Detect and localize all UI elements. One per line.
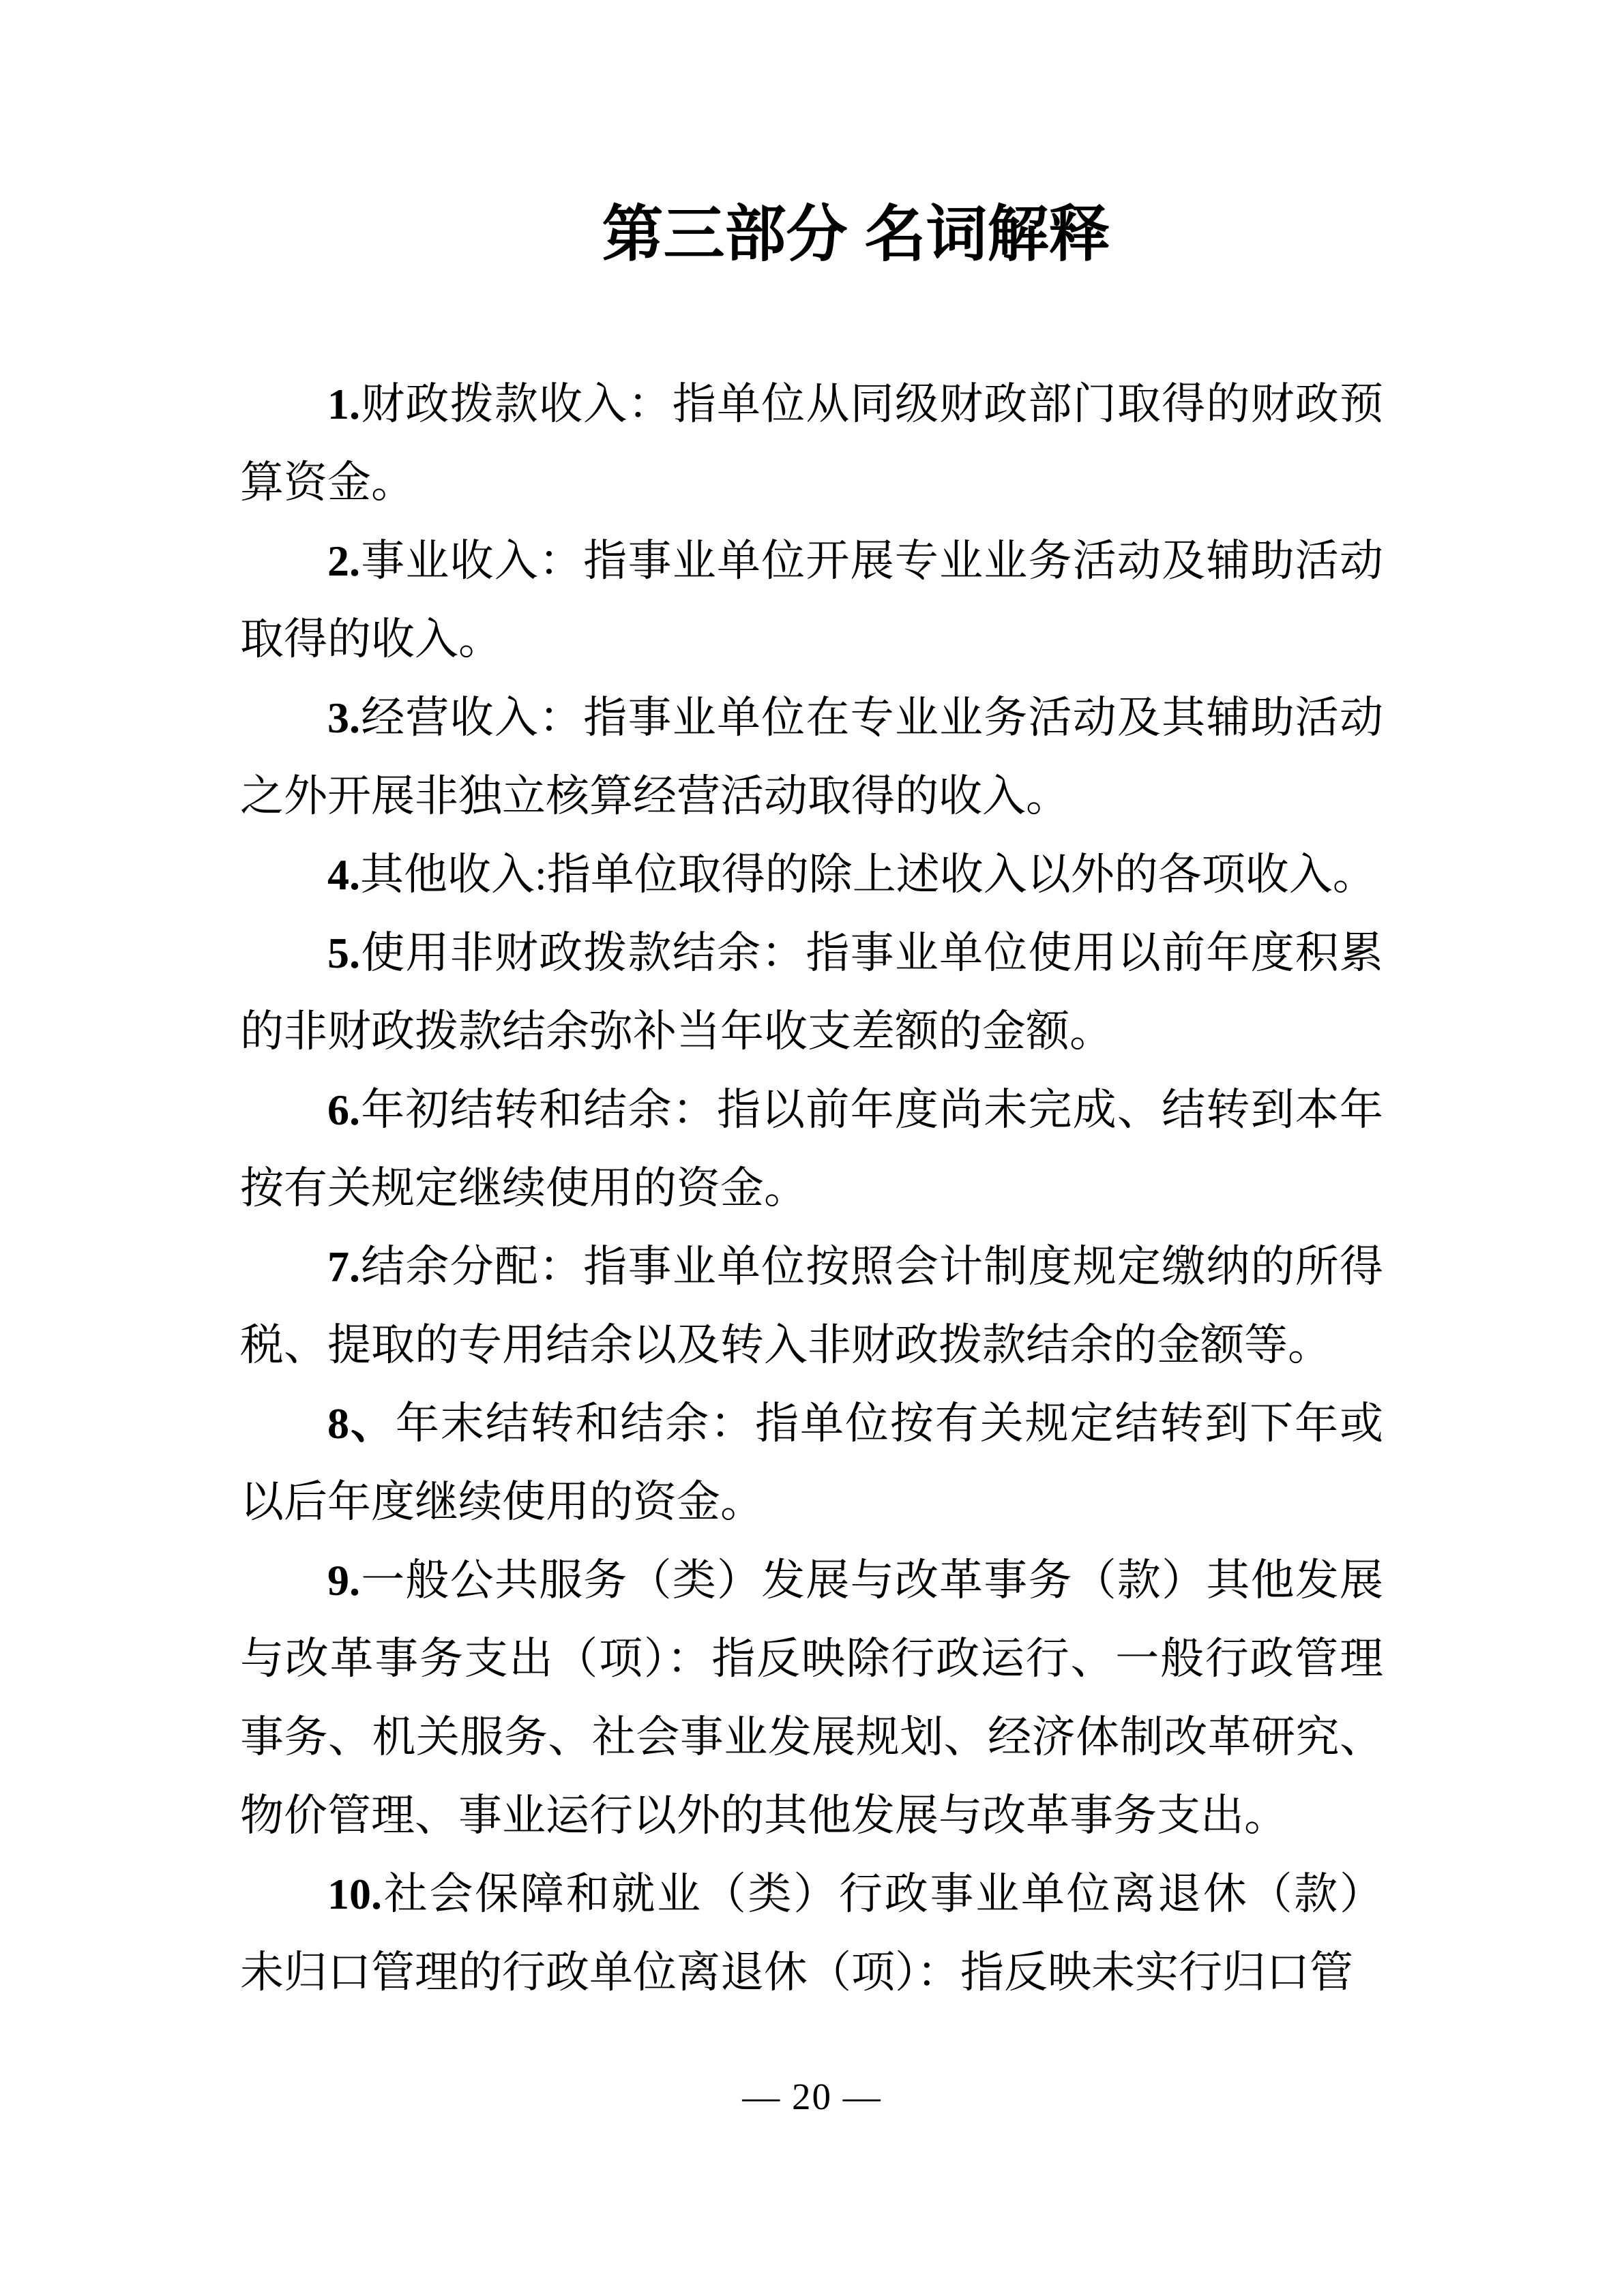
item-number: 6. xyxy=(327,1086,360,1134)
item-text: 年初结转和结余：指以前年度尚未完成、结转到本年按有关规定继续使用的资金。 xyxy=(240,1086,1383,1212)
item-number: 3. xyxy=(327,694,360,742)
glossary-content: 1.财政拨款收入：指单位从同级财政部门取得的财政预算资金。 2.事业收入：指事业… xyxy=(240,365,1383,2012)
glossary-item-3: 3.经营收入：指事业单位在专业业务活动及其辅助活动之外开展非独立核算经营活动取得… xyxy=(240,679,1383,835)
item-number: 9. xyxy=(327,1556,360,1605)
glossary-item-9: 9.一般公共服务（类）发展与改革事务（款）其他发展与改革事务支出（项）：指反映除… xyxy=(240,1541,1383,1855)
glossary-item-8: 8、年末结转和结余：指单位按有关规定结转到下年或以后年度继续使用的资金。 xyxy=(240,1384,1383,1541)
glossary-item-5: 5.使用非财政拨款结余：指事业单位使用以前年度积累的非财政拨款结余弥补当年收支差… xyxy=(240,914,1383,1071)
glossary-item-6: 6.年初结转和结余：指以前年度尚未完成、结转到本年按有关规定继续使用的资金。 xyxy=(240,1071,1383,1227)
item-number: 5. xyxy=(327,929,360,977)
item-number: 8、 xyxy=(327,1399,396,1448)
item-text: 财政拨款收入：指单位从同级财政部门取得的财政预算资金。 xyxy=(240,380,1383,507)
glossary-item-2: 2.事业收入：指事业单位开展专业业务活动及辅助活动取得的收入。 xyxy=(240,522,1383,679)
item-text: 其他收入:指单位取得的除上述收入以外的各项收入。 xyxy=(360,850,1376,899)
item-number: 7. xyxy=(327,1242,360,1291)
item-text: 一般公共服务（类）发展与改革事务（款）其他发展与改革事务支出（项）：指反映除行政… xyxy=(240,1556,1383,1840)
document-page: 第三部分 名词解释 1.财政拨款收入：指单位从同级财政部门取得的财政预算资金。 … xyxy=(0,0,1624,2296)
glossary-item-10: 10.社会保障和就业（类）行政事业单位离退休（款）未归口管理的行政单位离退休（项… xyxy=(240,1855,1383,2012)
glossary-item-4: 4.其他收入:指单位取得的除上述收入以外的各项收入。 xyxy=(240,835,1383,914)
item-text: 事业收入：指事业单位开展专业业务活动及辅助活动取得的收入。 xyxy=(240,537,1383,664)
item-number: 4. xyxy=(327,850,360,899)
item-text: 经营收入：指事业单位在专业业务活动及其辅助活动之外开展非独立核算经营活动取得的收… xyxy=(240,694,1383,820)
glossary-item-1: 1.财政拨款收入：指单位从同级财政部门取得的财政预算资金。 xyxy=(240,365,1383,522)
item-text: 年末结转和结余：指单位按有关规定结转到下年或以后年度继续使用的资金。 xyxy=(240,1399,1383,1526)
item-number: 2. xyxy=(327,537,360,585)
item-text: 使用非财政拨款结余：指事业单位使用以前年度积累的非财政拨款结余弥补当年收支差额的… xyxy=(240,929,1383,1056)
glossary-item-7: 7.结余分配：指事业单位按照会计制度规定缴纳的所得税、提取的专用结余以及转入非财… xyxy=(240,1227,1383,1384)
page-number: — 20 — xyxy=(0,2073,1624,2121)
page-title: 第三部分 名词解释 xyxy=(240,199,1383,270)
item-number: 1. xyxy=(327,380,360,428)
item-text: 社会保障和就业（类）行政事业单位离退休（款）未归口管理的行政单位离退休（项）：指… xyxy=(240,1870,1383,1997)
item-number: 10. xyxy=(327,1870,382,1918)
item-text: 结余分配：指事业单位按照会计制度规定缴纳的所得税、提取的专用结余以及转入非财政拨… xyxy=(240,1242,1383,1369)
